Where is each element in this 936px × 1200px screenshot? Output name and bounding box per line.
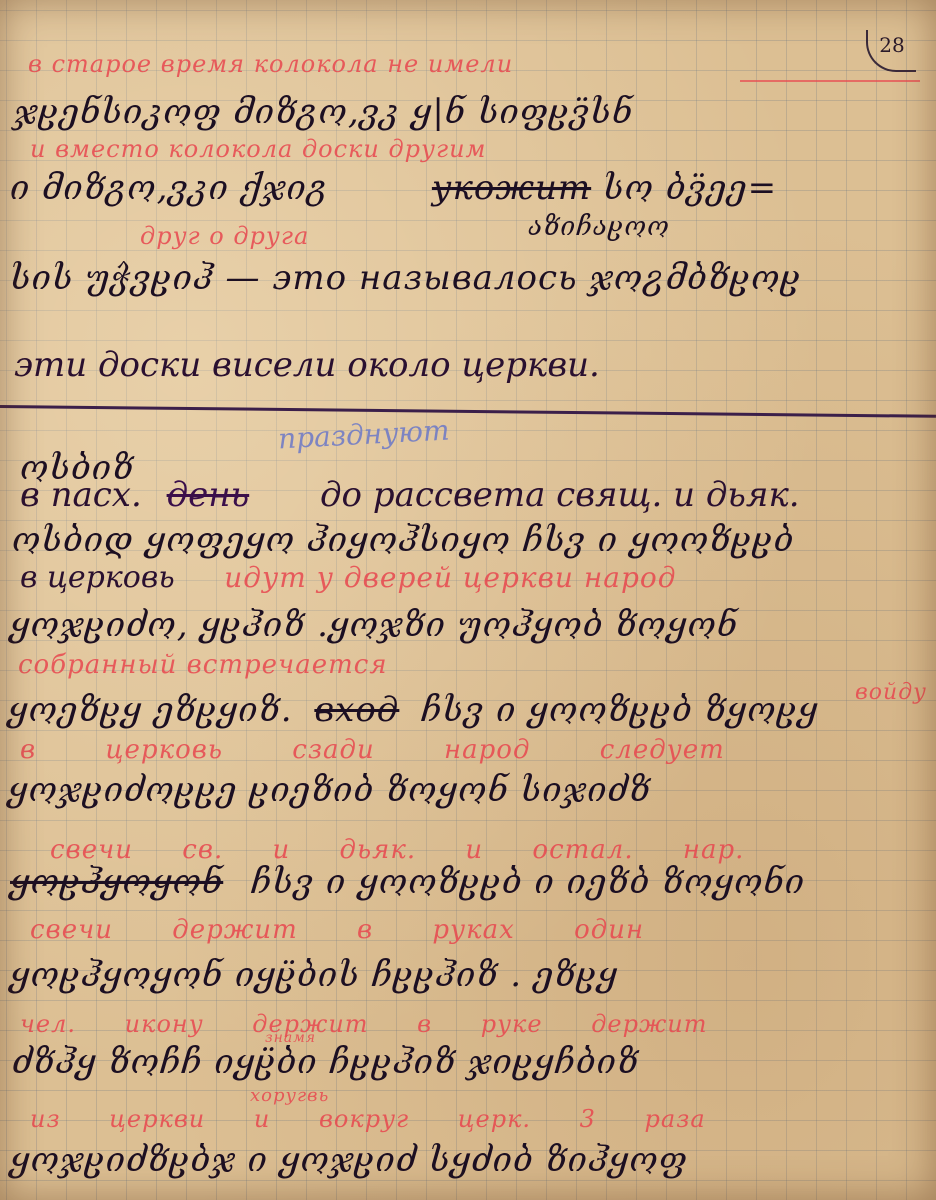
ink-line: ოსბიდ ყოფეყო ჰიყოჰსიყო ჩსვ ი ყოოზჸჸბ: [12, 520, 794, 560]
interlinear-correction: აზიჩაჸოო: [528, 212, 670, 242]
red-annotation: войду: [855, 680, 927, 705]
page-number: 28: [866, 30, 916, 72]
ink-line: ჯჸენსიკოფ მიზგო,ვკ ყ|ნ სიფჸვ̈სნ: [14, 92, 633, 132]
red-annotation: идут у дверей церкви народ: [224, 561, 676, 594]
ink-text: ჩსვ ი ყოოზჸჸბ ი იეზბ ზოყონი: [251, 862, 805, 902]
red-annotation: в старое время колокола не имели: [28, 50, 513, 78]
red-annotation: из церкви и вокруг церк. 3 раза: [30, 1105, 706, 1133]
ink-line: ყოჯჸიძო, ყჸჰიზ .ყოჯზი უოჰყობ ზოყონ: [10, 605, 738, 645]
struck-word: укожит: [432, 168, 591, 208]
ink-line: ყოჯჸიძოჸჸე ჸიეზიბ ზოყონ სიჯიძზ: [8, 770, 651, 810]
ink-line: ყოჯჸიძზჸბჯ ი ყოჯჸიძ სყძიბ ზიჰყოფ: [10, 1140, 688, 1180]
ink-line: в пасх. день до рассвета свящ. и дьяк.: [20, 475, 800, 515]
red-annotation: друг о друга: [140, 222, 309, 250]
ink-text: ი მიზგო,ვკი ქჯიგ: [10, 168, 328, 208]
ink-line: ყოჸჰყოყონ იყჸ̈ბის ჩჸჸჰიზ . ეზჸყ: [10, 955, 618, 995]
struck-word: день: [167, 475, 250, 515]
ink-line: в церковь идут у дверей церкви народ: [20, 560, 677, 595]
ink-text: სო ბვ̈ეე=: [603, 168, 777, 208]
red-annotation: свечи держит в руках один: [30, 915, 644, 945]
ink-line: эти доски висели около церкви.: [14, 345, 600, 385]
ink-line: ყოეზჸყ ეზჸყიზ. вход ჩსვ ი ყოოზჸჸბ ზყოჸყ: [8, 690, 818, 730]
red-annotation: собранный встречается: [18, 650, 388, 680]
ink-text: до рассвета свящ. и дьяк.: [320, 475, 800, 515]
red-annotation: в церковь сзади народ следует: [20, 735, 725, 765]
ink-text: в пасх.: [20, 475, 142, 515]
manuscript-page: 28 в старое время колокола не имели ჯჸენ…: [0, 0, 936, 1200]
blue-annotation: празднуют: [277, 414, 450, 456]
ink-text: ჩსვ ი ყოოზჸჸბ ზყოჸყ: [421, 690, 818, 730]
ink-line: ი მიზგო,ვკი ქჯიგ укожит სო ბვ̈ეე=: [10, 168, 777, 208]
red-annotation: хоругвь: [250, 1085, 329, 1106]
section-divider: [0, 405, 936, 418]
ink-line: ძზჰყ ზოჩჩ იყჸ̈ბი ჩჸჸჰიზ ჯიჸყჩბიზ: [12, 1042, 639, 1082]
ink-text: ყოეზჸყ ეზჸყიზ.: [8, 690, 293, 730]
red-annotation: чел. икону держит в руке держит: [20, 1010, 708, 1038]
red-annotation: свечи св. и дьяк. и остал. нар.: [50, 835, 744, 865]
struck-word: вход: [314, 690, 399, 730]
ink-line: სის უჭვჸიჰ — это называлось ჯოჷმბზჸოჸ: [10, 258, 802, 298]
struck-word: ყოჸჰყოყონ: [10, 862, 223, 902]
red-annotation: и вместо колокола доски другим: [30, 135, 486, 163]
ink-line: ყოჸჰყოყონ ჩსვ ი ყოოზჸჸბ ი იეზბ ზოყონი: [10, 862, 805, 902]
ink-text: в церковь: [20, 560, 175, 595]
red-underline: [740, 80, 920, 82]
